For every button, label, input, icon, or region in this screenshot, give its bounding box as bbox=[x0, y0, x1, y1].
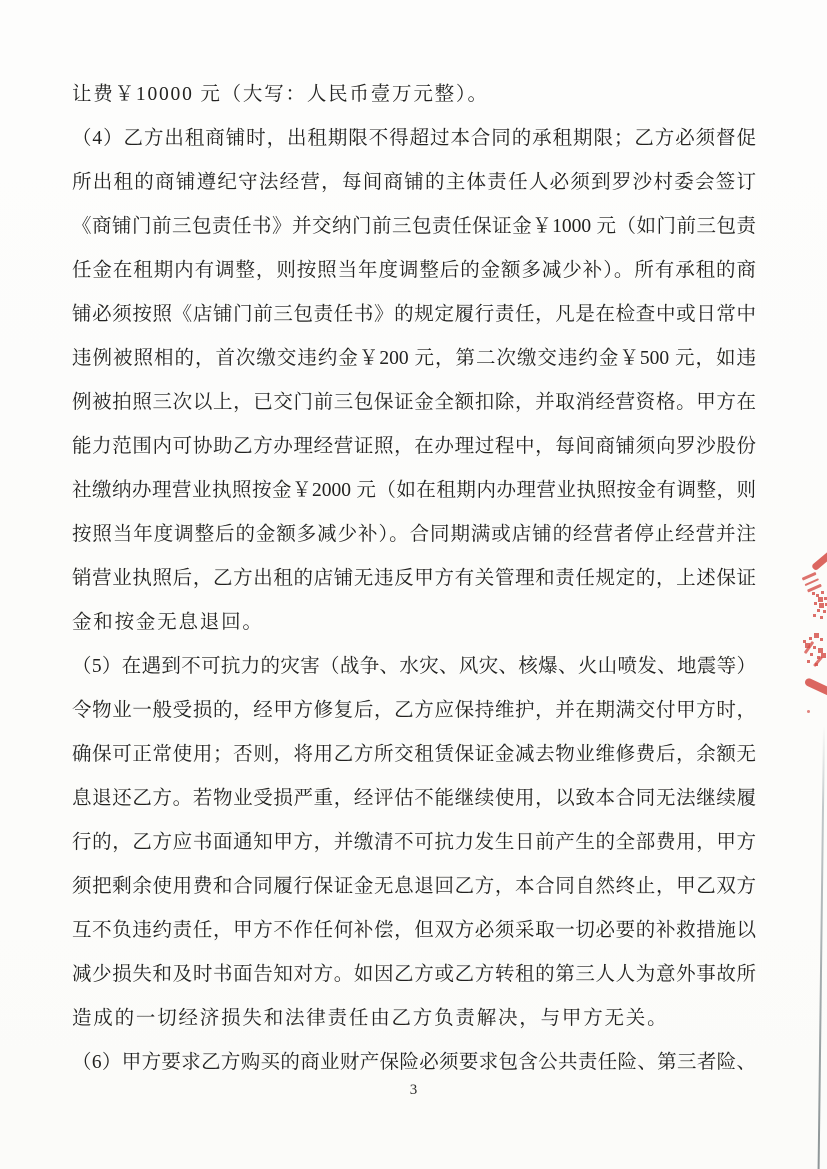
text-line: 确保可正常使用；否则，将用乙方所交租赁保证金减去物业维修费后，余额无 bbox=[72, 733, 756, 777]
text-line: 让费￥10000 元（大写：人民币壹万元整）。 bbox=[72, 73, 756, 117]
text-line: 任金在租期内有调整，则按照当年度调整后的金额多减少补）。所有承租的商 bbox=[72, 249, 756, 293]
page-number: 3 bbox=[0, 1082, 827, 1099]
text-line: 《商铺门前三包责任书》并交纳门前三包责任保证金￥1000 元（如门前三包责 bbox=[72, 205, 756, 249]
text-line: 例被拍照三次以上，已交门前三包保证金全额扣除，并取消经营资格。甲方在 bbox=[72, 381, 756, 425]
contract-page: 让费￥10000 元（大写：人民币壹万元整）。 （4）乙方出租商铺时，出租期限不… bbox=[0, 0, 827, 1169]
scan-page-edge bbox=[818, 726, 825, 1169]
text-line: 所出租的商铺遵纪守法经营，每间商铺的主体责任人必须到罗沙村委会签订 bbox=[72, 161, 756, 205]
text-line: 须把剩余使用费和合同履行保证金无息退回乙方，本合同自然终止，甲乙双方 bbox=[72, 865, 756, 909]
text-line: 减少损失和及时书面告知对方。如因乙方或乙方转租的第三人人为意外事故所 bbox=[72, 953, 756, 997]
text-line: 行的，乙方应书面通知甲方，并缴清不可抗力发生日前产生的全部费用，甲方 bbox=[72, 821, 756, 865]
red-seal-fragment-icon bbox=[798, 544, 827, 719]
text-line: 息退还乙方。若物业受损严重，经评估不能继续使用，以致本合同无法继续履 bbox=[72, 777, 756, 821]
text-line: （4）乙方出租商铺时，出租期限不得超过本合同的承租期限；乙方必须督促 bbox=[72, 117, 756, 161]
text-line: 能力范围内可协助乙方办理经营证照，在办理过程中，每间商铺须向罗沙股份 bbox=[72, 425, 756, 469]
seal-text-fragment bbox=[804, 641, 814, 654]
seal-text-fragment bbox=[802, 572, 824, 596]
seal-text-fragment bbox=[813, 656, 823, 667]
text-line: 金和按金无息退回。 bbox=[72, 601, 756, 645]
text-line: 违例被照相的，首次缴交违约金￥200 元，第二次缴交违约金￥500 元，如违 bbox=[72, 337, 756, 381]
text-line: 按照当年度调整后的金额多减少补）。合同期满或店铺的经营者停止经营并注 bbox=[72, 513, 756, 557]
text-line: （6）甲方要求乙方购买的商业财产保险必须要求包含公共责任险、第三者险、 bbox=[72, 1041, 756, 1085]
text-line: 铺必须按照《店铺门前三包责任书》的规定履行责任，凡是在检查中或日常中 bbox=[72, 293, 756, 337]
text-line: （5）在遇到不可抗力的灾害（战争、水灾、风灾、核爆、火山喷发、地震等） bbox=[72, 645, 756, 689]
text-line: 互不负违约责任，甲方不作任何补偿，但双方必须采取一切必要的补救措施以 bbox=[72, 909, 756, 953]
seal-text-fragment bbox=[803, 640, 806, 643]
text-line: 销营业执照后，乙方出租的店铺无违反甲方有关管理和责任规定的，上述保证 bbox=[72, 557, 756, 601]
contract-text: 让费￥10000 元（大写：人民币壹万元整）。 （4）乙方出租商铺时，出租期限不… bbox=[72, 73, 756, 1085]
seal-arc-stroke bbox=[811, 548, 827, 571]
text-line: 社缴纳办理营业执照按金￥2000 元（如在租期内办理营业执照按金有调整，则 bbox=[72, 469, 756, 513]
text-line: 造成的一切经济损失和法律责任由乙方负责解决，与甲方无关。 bbox=[72, 997, 756, 1041]
text-line: 令物业一般受损的，经甲方修复后，乙方应保持维护，并在期满交付甲方时， bbox=[72, 689, 756, 733]
seal-text-fragment bbox=[812, 592, 815, 595]
seal-arc-stroke bbox=[804, 677, 827, 697]
seal-text-fragment bbox=[807, 710, 810, 713]
